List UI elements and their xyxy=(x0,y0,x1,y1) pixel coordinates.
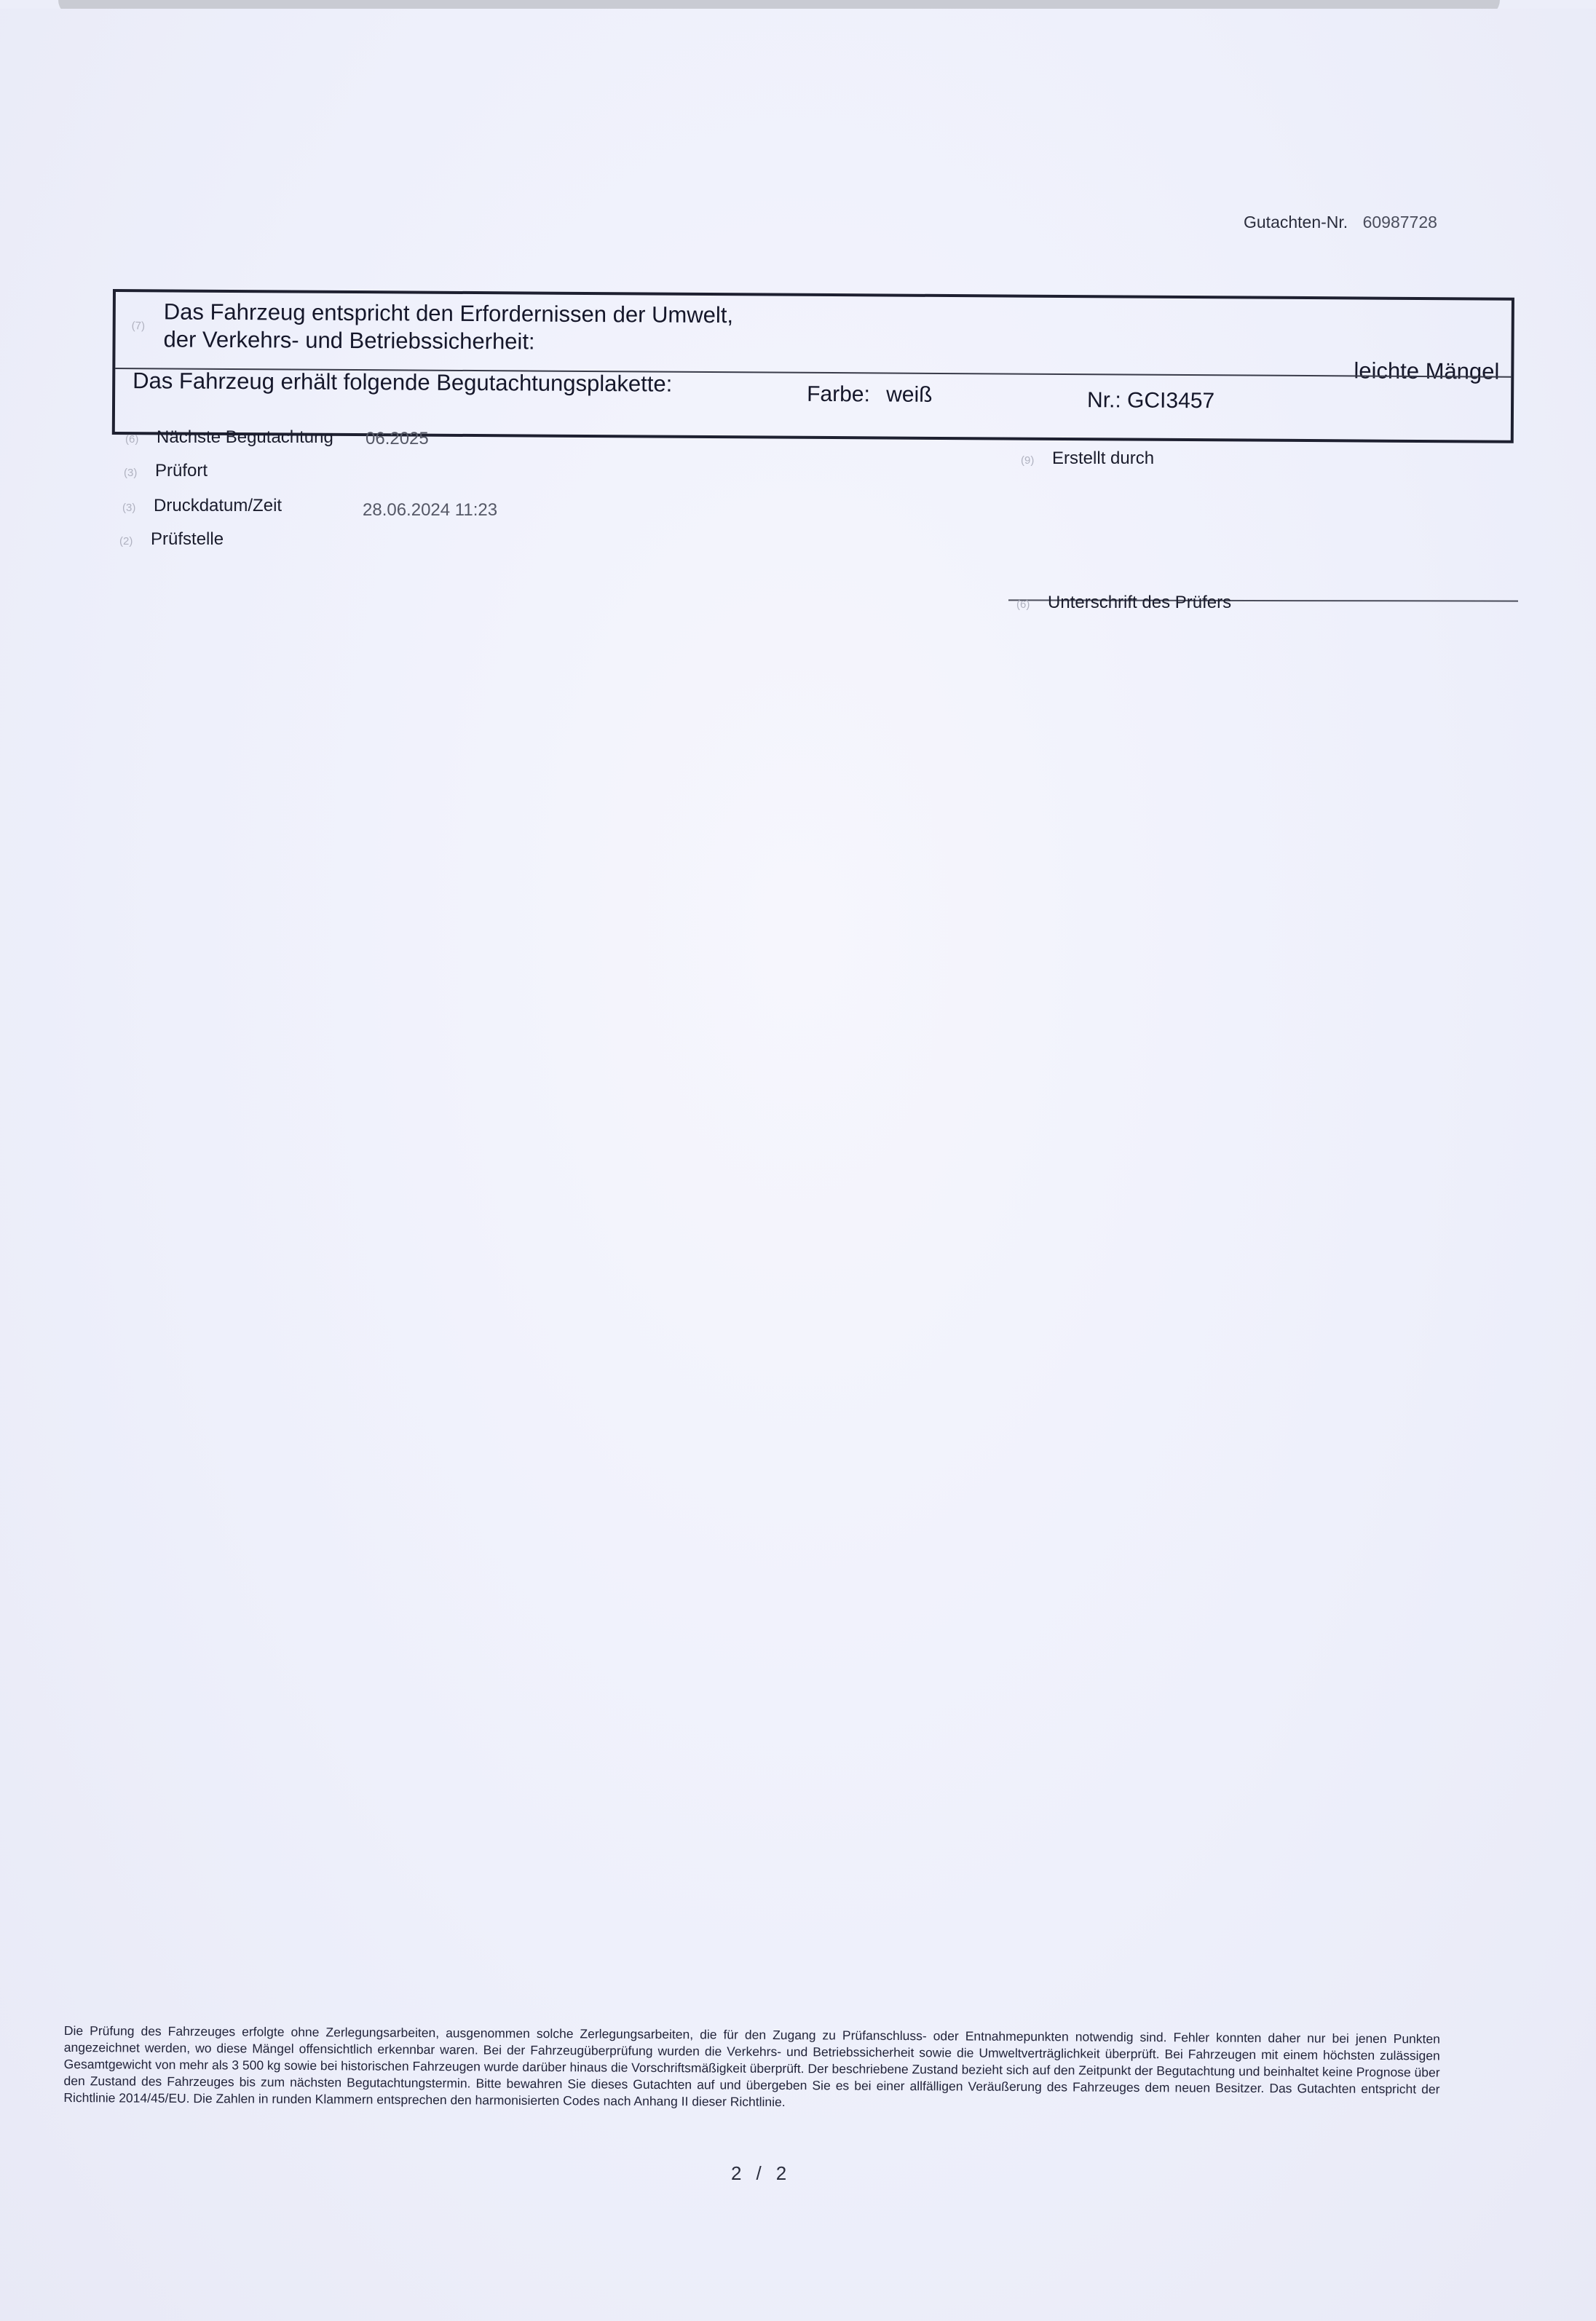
document-page: Gutachten-Nr. 60987728 (7) Das Fahrzeug … xyxy=(0,9,1596,2321)
inspection-result-box: (7) Das Fahrzeug entspricht den Erforder… xyxy=(112,289,1514,443)
created-by-label: Erstellt durch xyxy=(1052,448,1154,468)
field-label: Druckdatum/Zeit xyxy=(154,496,282,515)
plakette-color: Farbe: weiß xyxy=(807,382,933,408)
field-code: (9) xyxy=(1021,454,1034,467)
inspector-signature: (6) Unterschrift des Prüfers xyxy=(1016,593,1231,613)
legal-disclaimer: Die Prüfung des Fahrzeuges erfolgte ohne… xyxy=(63,2023,1440,2115)
inspection-verdict: leichte Mängel xyxy=(1354,357,1499,384)
compliance-statement: Das Fahrzeug entspricht den Erforderniss… xyxy=(163,298,733,357)
field-code: (2) xyxy=(119,535,133,547)
total-pages: 2 xyxy=(776,2162,789,2184)
report-number-label: Gutachten-Nr. xyxy=(1244,213,1348,232)
plakette-number-value: GCI3457 xyxy=(1127,389,1214,414)
field-code: (3) xyxy=(124,467,137,479)
color-label: Farbe: xyxy=(807,382,870,407)
field-print-datetime: (3) Druckdatum/Zeit 28.06.2024 11:23 xyxy=(122,496,282,516)
plakette-number-label: Nr.: xyxy=(1087,388,1121,412)
field-code: (6) xyxy=(1016,598,1030,611)
field-code: (3) xyxy=(122,502,135,514)
statement-line-1: Das Fahrzeug entspricht den Erforderniss… xyxy=(164,298,733,329)
report-number-value: 60987728 xyxy=(1363,213,1437,232)
field-value: 06.2025 xyxy=(366,429,429,449)
created-by: (9) Erstellt durch xyxy=(1021,448,1154,469)
field-label: Prüfort xyxy=(155,461,208,481)
field-label: Prüfstelle xyxy=(151,529,224,549)
field-next-inspection: (6) Nächste Begutachtung 06.2025 xyxy=(125,427,333,448)
page-number: 2/2 xyxy=(731,2162,789,2185)
plakette-number: Nr.: GCI3457 xyxy=(1087,388,1214,414)
report-number: Gutachten-Nr. 60987728 xyxy=(1244,213,1437,232)
current-page: 2 xyxy=(731,2162,744,2184)
field-label: Nächste Begutachtung xyxy=(157,427,333,447)
field-value: 28.06.2024 11:23 xyxy=(363,500,497,521)
field-inspection-station: (2) Prüfstelle xyxy=(119,529,224,550)
page-separator: / xyxy=(756,2162,764,2184)
field-inspection-location: (3) Prüfort xyxy=(124,461,208,481)
color-value: weiß xyxy=(886,382,933,406)
plakette-label: Das Fahrzeug erhält folgende Begutachtun… xyxy=(133,368,672,398)
signature-label: Unterschrift des Prüfers xyxy=(1048,593,1231,612)
statement-line-2: der Verkehrs- und Betriebssicherheit: xyxy=(163,325,732,357)
harmonized-code: (7) xyxy=(132,320,145,332)
field-code: (6) xyxy=(125,433,138,446)
